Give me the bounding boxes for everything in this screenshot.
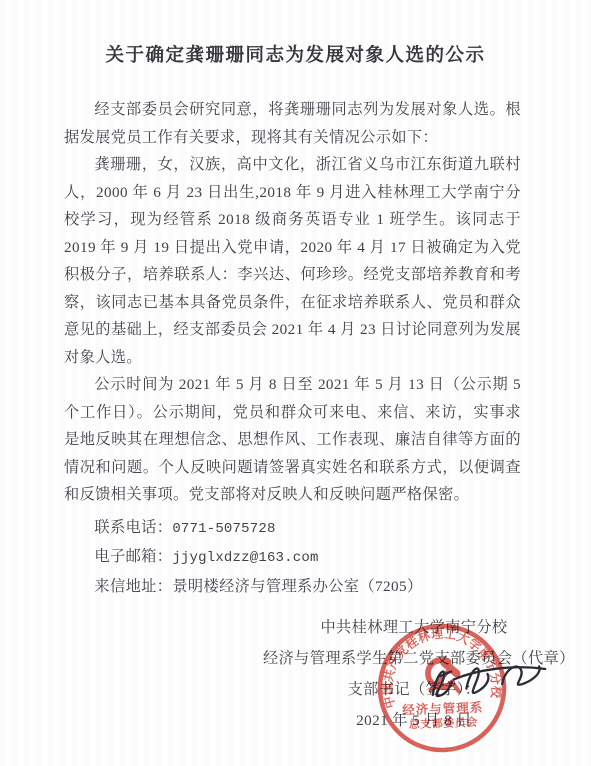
email-label: 电子邮箱： [94, 548, 172, 565]
handwritten-signature [416, 648, 560, 716]
email-address: jjyglxdzz@163.com [172, 550, 318, 566]
paragraph-notice-period: 公示时间为 2021 年 5 月 8 日至 2021 年 5 月 13 日（公示… [64, 371, 521, 509]
phone-label: 联系电话： [94, 519, 172, 536]
document-title: 关于确定龚珊珊同志为发展对象人选的公示 [0, 41, 591, 67]
paragraph-candidate-info: 龚珊珊，女，汉族，高中文化，浙江省义乌市江东街道九联村人，2000 年 6 月 … [64, 151, 521, 371]
scanned-notice-document: 关于确定龚珊珊同志为发展对象人选的公示 经支部委员会研究同意，将龚珊珊同志列为发… [0, 0, 591, 766]
document-body: 经支部委员会研究同意，将龚珊珊同志列为发展对象人选。根据发展党员工作有关要求，现… [64, 96, 521, 600]
mail-address: 景明楼经济与管理系办公室（7205） [172, 578, 422, 595]
seal-committee-text: 总支部委员会 [408, 715, 477, 731]
contact-info: 联系电话：0771-5075728 电子邮箱：jjyglxdzz@163.com… [64, 514, 521, 601]
contact-email-line: 电子邮箱：jjyglxdzz@163.com [64, 543, 521, 573]
paragraph-intro: 经支部委员会研究同意，将龚珊珊同志列为发展对象人选。根据发展党员工作有关要求，现… [64, 96, 521, 151]
phone-number: 0771-5075728 [172, 521, 275, 537]
contact-address-line: 来信地址：景明楼经济与管理系办公室（7205） [64, 573, 521, 601]
address-label: 来信地址： [94, 578, 172, 595]
contact-phone-line: 联系电话：0771-5075728 [64, 514, 521, 544]
